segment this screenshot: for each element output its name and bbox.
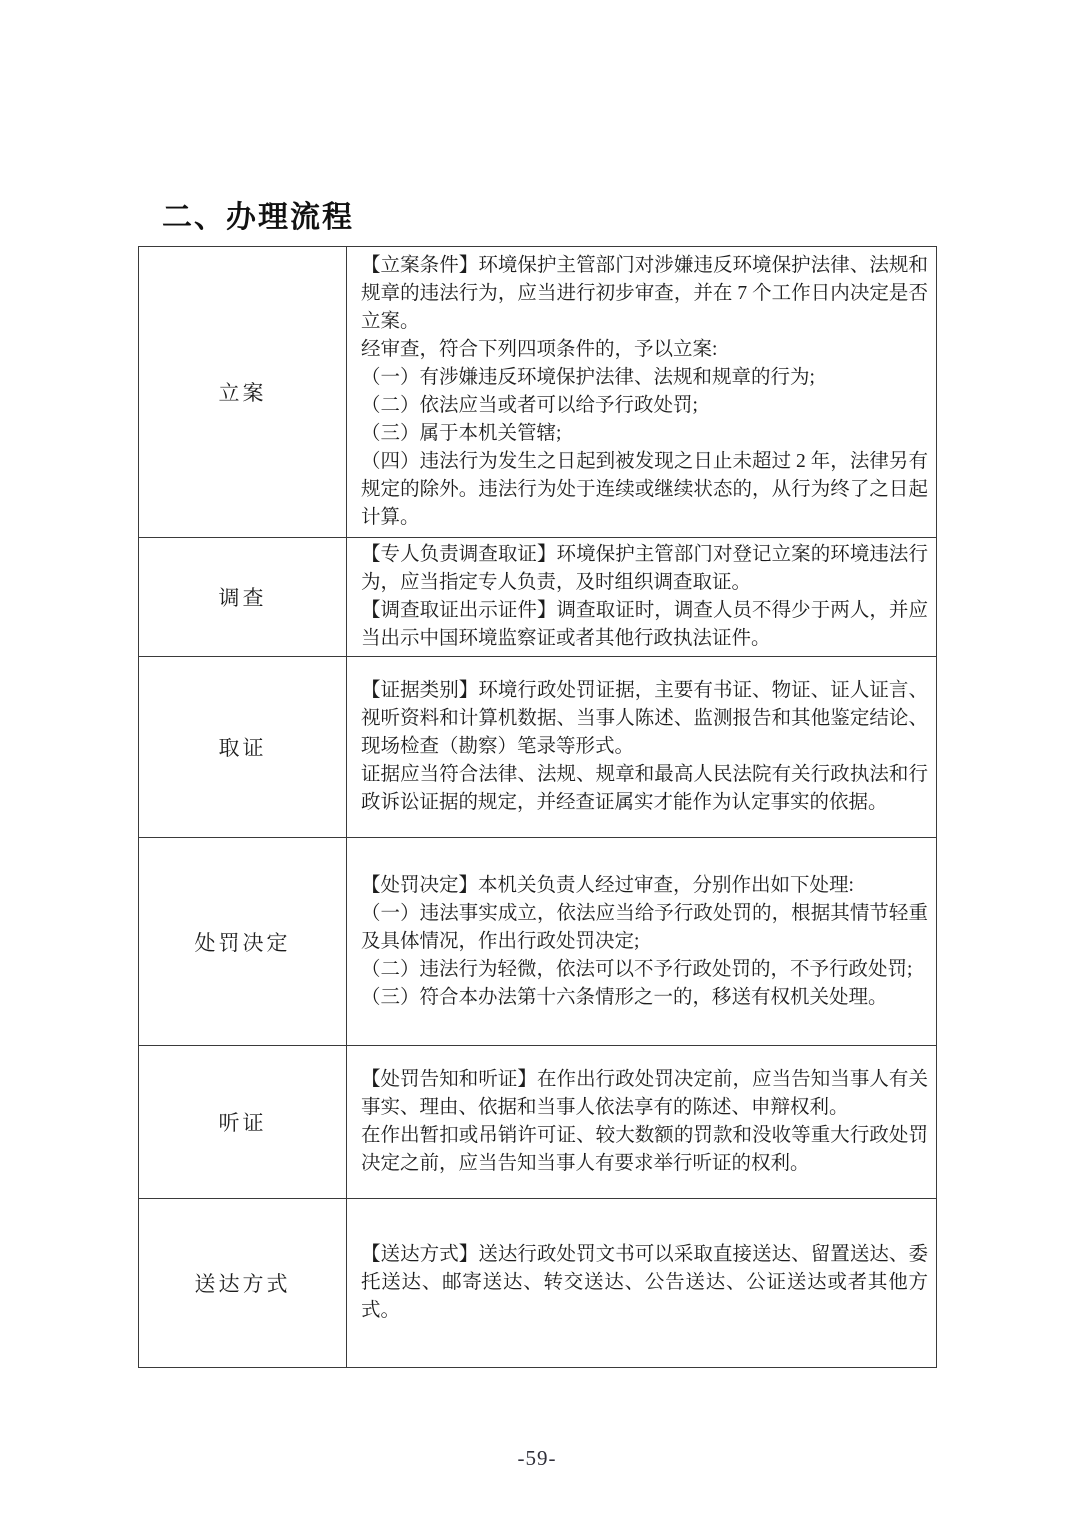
content-paragraph: 在作出暂扣或吊销许可证、较大数额的罚款和没收等重大行政处罚决定之前，应当告知当事…: [361, 1122, 928, 1178]
page-number: -59-: [0, 1446, 1074, 1471]
content-paragraph: （四）违法行为发生之日起到被发现之日止未超过 2 年，法律另有规定的除外。违法行…: [361, 448, 928, 532]
page-title: 二、办理流程: [162, 192, 354, 236]
stage-label: 听证: [139, 1046, 347, 1199]
content-paragraph: （三）符合本办法第十六条情形之一的，移送有权机关处理。: [361, 984, 928, 1012]
stage-content: 【处罚决定】本机关负责人经过审查，分别作出如下处理:（一）违法事实成立，依法应当…: [347, 838, 937, 1046]
table-row: 立案【立案条件】环境保护主管部门对涉嫌违反环境保护法律、法规和规章的违法行为，应…: [139, 247, 937, 538]
content-paragraph: 【专人负责调查取证】环境保护主管部门对登记立案的环境违法行为，应当指定专人负责，…: [361, 541, 928, 597]
table-row: 取证【证据类别】环境行政处罚证据，主要有书证、物证、证人证言、视听资料和计算机数…: [139, 657, 937, 838]
content-paragraph: 【证据类别】环境行政处罚证据，主要有书证、物证、证人证言、视听资料和计算机数据、…: [361, 677, 928, 761]
table-row: 送达方式【送达方式】送达行政处罚文书可以采取直接送达、留置送达、委托送达、邮寄送…: [139, 1199, 937, 1368]
stage-content: 【证据类别】环境行政处罚证据，主要有书证、物证、证人证言、视听资料和计算机数据、…: [347, 657, 937, 838]
content-paragraph: 【送达方式】送达行政处罚文书可以采取直接送达、留置送达、委托送达、邮寄送达、转交…: [361, 1241, 928, 1325]
content-paragraph: 经审查，符合下列四项条件的，予以立案:: [361, 336, 928, 364]
content-paragraph: 【立案条件】环境保护主管部门对涉嫌违反环境保护法律、法规和规章的违法行为，应当进…: [361, 252, 928, 336]
content-paragraph: 证据应当符合法律、法规、规章和最高人民法院有关行政执法和行政诉讼证据的规定，并经…: [361, 761, 928, 817]
stage-label: 调查: [139, 538, 347, 657]
content-paragraph: 【处罚决定】本机关负责人经过审查，分别作出如下处理:: [361, 872, 928, 900]
table-row: 听证【处罚告知和听证】在作出行政处罚决定前，应当告知当事人有关事实、理由、依据和…: [139, 1046, 937, 1199]
document-page: 二、办理流程 立案【立案条件】环境保护主管部门对涉嫌违反环境保护法律、法规和规章…: [0, 0, 1074, 1520]
stage-content: 【专人负责调查取证】环境保护主管部门对登记立案的环境违法行为，应当指定专人负责，…: [347, 538, 937, 657]
stage-content: 【立案条件】环境保护主管部门对涉嫌违反环境保护法律、法规和规章的违法行为，应当进…: [347, 247, 937, 538]
content-paragraph: 【处罚告知和听证】在作出行政处罚决定前，应当告知当事人有关事实、理由、依据和当事…: [361, 1066, 928, 1122]
stage-label: 送达方式: [139, 1199, 347, 1368]
stage-label: 处罚决定: [139, 838, 347, 1046]
content-paragraph: （二）依法应当或者可以给予行政处罚;: [361, 392, 928, 420]
table-row: 处罚决定【处罚决定】本机关负责人经过审查，分别作出如下处理:（一）违法事实成立，…: [139, 838, 937, 1046]
process-table-body: 立案【立案条件】环境保护主管部门对涉嫌违反环境保护法律、法规和规章的违法行为，应…: [139, 247, 937, 1368]
stage-label: 取证: [139, 657, 347, 838]
content-paragraph: 【调查取证出示证件】调查取证时，调查人员不得少于两人，并应当出示中国环境监察证或…: [361, 597, 928, 653]
content-paragraph: （一）违法事实成立，依法应当给予行政处罚的，根据其情节轻重及具体情况，作出行政处…: [361, 900, 928, 956]
process-table: 立案【立案条件】环境保护主管部门对涉嫌违反环境保护法律、法规和规章的违法行为，应…: [138, 246, 937, 1368]
content-paragraph: （二）违法行为轻微，依法可以不予行政处罚的，不予行政处罚;: [361, 956, 928, 984]
content-paragraph: （三）属于本机关管辖;: [361, 420, 928, 448]
content-paragraph: （一）有涉嫌违反环境保护法律、法规和规章的行为;: [361, 364, 928, 392]
stage-label: 立案: [139, 247, 347, 538]
stage-content: 【送达方式】送达行政处罚文书可以采取直接送达、留置送达、委托送达、邮寄送达、转交…: [347, 1199, 937, 1368]
table-row: 调查【专人负责调查取证】环境保护主管部门对登记立案的环境违法行为，应当指定专人负…: [139, 538, 937, 657]
stage-content: 【处罚告知和听证】在作出行政处罚决定前，应当告知当事人有关事实、理由、依据和当事…: [347, 1046, 937, 1199]
